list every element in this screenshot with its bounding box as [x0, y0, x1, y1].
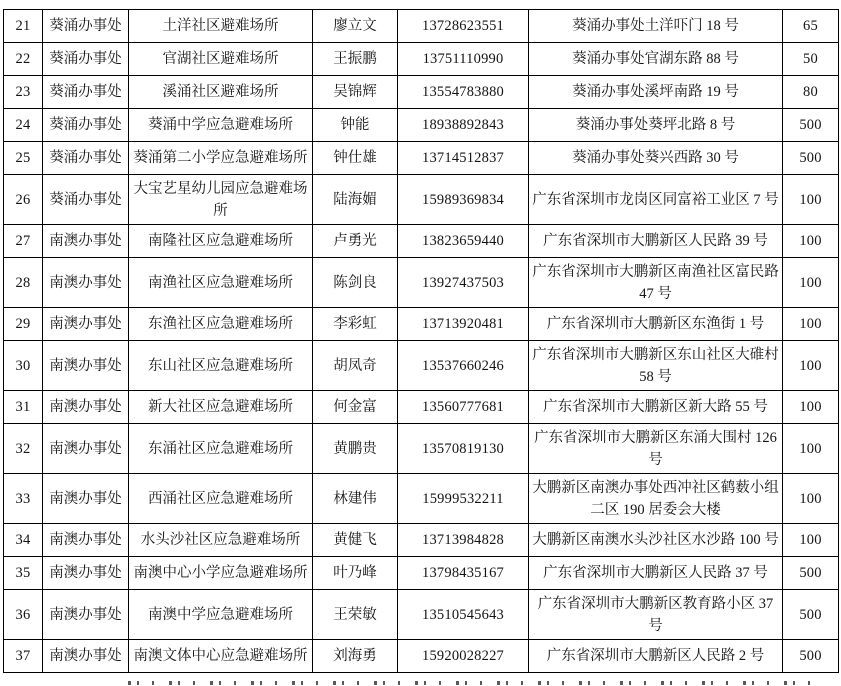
cell-shelter: 南澳文体中心应急避难场所 [129, 640, 313, 673]
cell-no: 22 [4, 43, 43, 76]
cell-capacity: 100 [783, 391, 839, 424]
cell-office: 南澳办事处 [43, 474, 129, 524]
cell-office: 南澳办事处 [43, 590, 129, 640]
cell-address: 广东省深圳市大鹏新区东涌大围村 126 号 [529, 424, 783, 474]
table-row: 22葵涌办事处官湖社区避难场所王振鹏13751110990葵涌办事处官湖东路 8… [4, 43, 839, 76]
cell-capacity: 80 [783, 76, 839, 109]
table-row: 24葵涌办事处葵涌中学应急避难场所钟能18938892843葵涌办事处葵坪北路 … [4, 109, 839, 142]
cell-contact: 何金富 [313, 391, 398, 424]
cell-address: 葵涌办事处葵坪北路 8 号 [529, 109, 783, 142]
table-row: 35南澳办事处南澳中心小学应急避难场所叶乃峰13798435167广东省深圳市大… [4, 557, 839, 590]
cell-shelter: 大宝艺星幼儿园应急避难场所 [129, 175, 313, 225]
cell-no: 24 [4, 109, 43, 142]
clipped-caption-fragments [128, 681, 814, 685]
table-row: 32南澳办事处东涌社区应急避难场所黄鹏贵13570819130广东省深圳市大鹏新… [4, 424, 839, 474]
cell-shelter: 东涌社区应急避难场所 [129, 424, 313, 474]
cell-contact: 钟仕雄 [313, 142, 398, 175]
cell-shelter: 南渔社区应急避难场所 [129, 258, 313, 308]
cell-contact: 廖立文 [313, 10, 398, 43]
table-row: 31南澳办事处新大社区应急避难场所何金富13560777681广东省深圳市大鹏新… [4, 391, 839, 424]
cell-address: 广东省深圳市大鹏新区新大路 55 号 [529, 391, 783, 424]
shelter-table-body: 21葵涌办事处土洋社区避难场所廖立文13728623551葵涌办事处土洋吓门 1… [4, 10, 839, 673]
cell-no: 37 [4, 640, 43, 673]
cell-office: 南澳办事处 [43, 524, 129, 557]
cell-office: 葵涌办事处 [43, 10, 129, 43]
cell-phone: 13570819130 [398, 424, 529, 474]
cell-phone: 13751110990 [398, 43, 529, 76]
cell-capacity: 50 [783, 43, 839, 76]
cell-no: 21 [4, 10, 43, 43]
cell-contact: 黄鹏贵 [313, 424, 398, 474]
cell-address: 葵涌办事处溪坪南路 19 号 [529, 76, 783, 109]
cell-contact: 李彩虹 [313, 308, 398, 341]
cell-contact: 刘海勇 [313, 640, 398, 673]
table-row: 21葵涌办事处土洋社区避难场所廖立文13728623551葵涌办事处土洋吓门 1… [4, 10, 839, 43]
cell-office: 葵涌办事处 [43, 142, 129, 175]
cell-address: 广东省深圳市龙岗区同富裕工业区 7 号 [529, 175, 783, 225]
cell-phone: 13510545643 [398, 590, 529, 640]
cell-address: 大鹏新区南澳办事处西冲社区鹤薮小组二区 190 居委会大楼 [529, 474, 783, 524]
cell-capacity: 100 [783, 225, 839, 258]
cell-phone: 18938892843 [398, 109, 529, 142]
cell-address: 广东省深圳市大鹏新区东山社区大碓村 58 号 [529, 341, 783, 391]
cell-office: 南澳办事处 [43, 640, 129, 673]
table-row: 33南澳办事处西涌社区应急避难场所林建伟15999532211大鹏新区南澳办事处… [4, 474, 839, 524]
cell-contact: 林建伟 [313, 474, 398, 524]
cell-office: 南澳办事处 [43, 225, 129, 258]
cell-no: 33 [4, 474, 43, 524]
cell-shelter: 官湖社区避难场所 [129, 43, 313, 76]
cell-no: 23 [4, 76, 43, 109]
document-page: 21葵涌办事处土洋社区避难场所廖立文13728623551葵涌办事处土洋吓门 1… [0, 0, 841, 686]
cell-shelter: 西涌社区应急避难场所 [129, 474, 313, 524]
cell-address: 葵涌办事处葵兴西路 30 号 [529, 142, 783, 175]
cell-no: 30 [4, 341, 43, 391]
cell-contact: 王振鹏 [313, 43, 398, 76]
cell-capacity: 100 [783, 308, 839, 341]
cell-address: 大鹏新区南澳水头沙社区水沙路 100 号 [529, 524, 783, 557]
cell-no: 35 [4, 557, 43, 590]
cell-phone: 15999532211 [398, 474, 529, 524]
cell-capacity: 100 [783, 258, 839, 308]
cell-contact: 吴锦辉 [313, 76, 398, 109]
table-row: 29南澳办事处东渔社区应急避难场所李彩虹13713920481广东省深圳市大鹏新… [4, 308, 839, 341]
cell-capacity: 500 [783, 557, 839, 590]
cell-shelter: 东山社区应急避难场所 [129, 341, 313, 391]
cell-capacity: 500 [783, 109, 839, 142]
cell-office: 葵涌办事处 [43, 43, 129, 76]
cell-phone: 13728623551 [398, 10, 529, 43]
cell-office: 葵涌办事处 [43, 175, 129, 225]
table-row: 30南澳办事处东山社区应急避难场所胡凤奇13537660246广东省深圳市大鹏新… [4, 341, 839, 391]
cell-capacity: 100 [783, 474, 839, 524]
cell-phone: 13714512837 [398, 142, 529, 175]
cell-capacity: 100 [783, 341, 839, 391]
cell-address: 葵涌办事处土洋吓门 18 号 [529, 10, 783, 43]
cell-contact: 陈剑良 [313, 258, 398, 308]
cell-office: 南澳办事处 [43, 258, 129, 308]
cell-capacity: 65 [783, 10, 839, 43]
cell-capacity: 500 [783, 590, 839, 640]
cell-capacity: 100 [783, 524, 839, 557]
cell-phone: 13798435167 [398, 557, 529, 590]
cell-contact: 钟能 [313, 109, 398, 142]
cell-office: 葵涌办事处 [43, 76, 129, 109]
cell-shelter: 南澳中学应急避难场所 [129, 590, 313, 640]
cell-capacity: 100 [783, 175, 839, 225]
cell-phone: 15989369834 [398, 175, 529, 225]
cell-no: 25 [4, 142, 43, 175]
cell-contact: 胡凤奇 [313, 341, 398, 391]
cell-no: 28 [4, 258, 43, 308]
cell-phone: 13713984828 [398, 524, 529, 557]
cell-contact: 叶乃峰 [313, 557, 398, 590]
cell-phone: 13713920481 [398, 308, 529, 341]
cell-office: 南澳办事处 [43, 557, 129, 590]
cell-shelter: 土洋社区避难场所 [129, 10, 313, 43]
cell-no: 31 [4, 391, 43, 424]
cell-office: 南澳办事处 [43, 308, 129, 341]
cell-contact: 王荣敏 [313, 590, 398, 640]
table-row: 25葵涌办事处葵涌第二小学应急避难场所钟仕雄13714512837葵涌办事处葵兴… [4, 142, 839, 175]
cell-shelter: 葵涌中学应急避难场所 [129, 109, 313, 142]
table-row: 34南澳办事处水头沙社区应急避难场所黄健飞13713984828大鹏新区南澳水头… [4, 524, 839, 557]
table-row: 36南澳办事处南澳中学应急避难场所王荣敏13510545643广东省深圳市大鹏新… [4, 590, 839, 640]
cell-shelter: 新大社区应急避难场所 [129, 391, 313, 424]
cell-shelter: 葵涌第二小学应急避难场所 [129, 142, 313, 175]
emergency-shelter-table: 21葵涌办事处土洋社区避难场所廖立文13728623551葵涌办事处土洋吓门 1… [3, 9, 839, 673]
cell-phone: 13927437503 [398, 258, 529, 308]
cell-contact: 卢勇光 [313, 225, 398, 258]
cell-shelter: 南隆社区应急避难场所 [129, 225, 313, 258]
cell-address: 广东省深圳市大鹏新区人民路 39 号 [529, 225, 783, 258]
table-row: 23葵涌办事处溪涌社区避难场所吴锦辉13554783880葵涌办事处溪坪南路 1… [4, 76, 839, 109]
cell-office: 南澳办事处 [43, 424, 129, 474]
cell-shelter: 东渔社区应急避难场所 [129, 308, 313, 341]
cell-no: 34 [4, 524, 43, 557]
table-row: 37南澳办事处南澳文体中心应急避难场所刘海勇15920028227广东省深圳市大… [4, 640, 839, 673]
cell-phone: 13823659440 [398, 225, 529, 258]
cell-no: 36 [4, 590, 43, 640]
cell-shelter: 溪涌社区避难场所 [129, 76, 313, 109]
cell-address: 广东省深圳市大鹏新区东渔街 1 号 [529, 308, 783, 341]
cell-no: 26 [4, 175, 43, 225]
cell-phone: 13554783880 [398, 76, 529, 109]
cell-office: 南澳办事处 [43, 341, 129, 391]
cell-address: 广东省深圳市大鹏新区教育路小区 37 号 [529, 590, 783, 640]
cell-contact: 黄健飞 [313, 524, 398, 557]
cell-phone: 15920028227 [398, 640, 529, 673]
cell-capacity: 500 [783, 640, 839, 673]
cell-capacity: 500 [783, 142, 839, 175]
cell-address: 广东省深圳市大鹏新区人民路 37 号 [529, 557, 783, 590]
cell-address: 广东省深圳市大鹏新区人民路 2 号 [529, 640, 783, 673]
cell-phone: 13537660246 [398, 341, 529, 391]
cell-phone: 13560777681 [398, 391, 529, 424]
table-row: 28南澳办事处南渔社区应急避难场所陈剑良13927437503广东省深圳市大鹏新… [4, 258, 839, 308]
cell-no: 32 [4, 424, 43, 474]
cell-capacity: 100 [783, 424, 839, 474]
table-row: 27南澳办事处南隆社区应急避难场所卢勇光13823659440广东省深圳市大鹏新… [4, 225, 839, 258]
cell-no: 29 [4, 308, 43, 341]
cell-address: 葵涌办事处官湖东路 88 号 [529, 43, 783, 76]
cell-office: 南澳办事处 [43, 391, 129, 424]
cell-no: 27 [4, 225, 43, 258]
cell-contact: 陆海媚 [313, 175, 398, 225]
cell-office: 葵涌办事处 [43, 109, 129, 142]
cell-address: 广东省深圳市大鹏新区南渔社区富民路 47 号 [529, 258, 783, 308]
table-row: 26葵涌办事处大宝艺星幼儿园应急避难场所陆海媚15989369834广东省深圳市… [4, 175, 839, 225]
cell-shelter: 南澳中心小学应急避难场所 [129, 557, 313, 590]
cell-shelter: 水头沙社区应急避难场所 [129, 524, 313, 557]
